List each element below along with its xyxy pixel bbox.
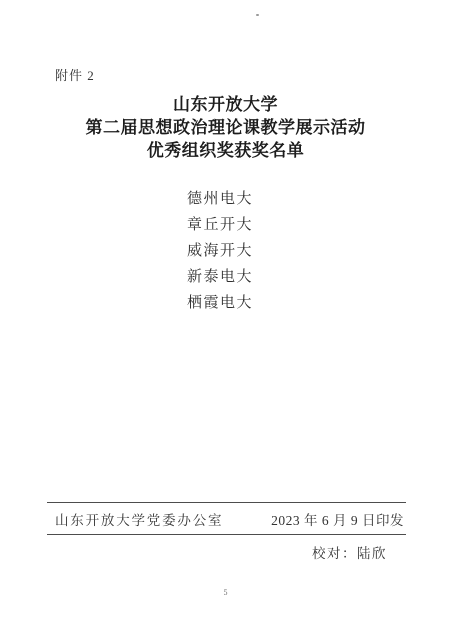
list-item: 栖霞电大 [0,290,440,316]
footer-issuer: 山东开放大学党委办公室 [55,509,223,529]
title-line-university: 山东开放大学 [0,93,451,116]
page-number: 5 [0,588,451,597]
footer-row: 山东开放大学党委办公室 2023 年 6 月 9 日印发 [47,503,406,534]
document-footer: 山东开放大学党委办公室 2023 年 6 月 9 日印发 校对：陆欣 [47,502,406,562]
footer-print-date: 2023 年 6 月 9 日印发 [271,509,404,529]
list-item: 威海开大 [0,238,440,264]
document-page: 附件 2 山东开放大学 第二届思想政治理论课教学展示活动 优秀组织奖获奖名单 德… [0,0,451,643]
scan-speck [256,14,259,16]
list-item: 章丘开大 [0,212,440,238]
title-line-activity: 第二届思想政治理论课教学展示活动 [0,116,451,139]
list-item: 德州电大 [0,186,440,212]
winners-list: 德州电大 章丘开大 威海开大 新泰电大 栖霞电大 [0,186,440,316]
attachment-label: 附件 2 [55,65,95,84]
title-line-award: 优秀组织奖获奖名单 [0,139,451,162]
list-item: 新泰电大 [0,264,440,290]
footer-proofreader: 校对：陆欣 [47,535,406,562]
document-title: 山东开放大学 第二届思想政治理论课教学展示活动 优秀组织奖获奖名单 [0,93,451,162]
